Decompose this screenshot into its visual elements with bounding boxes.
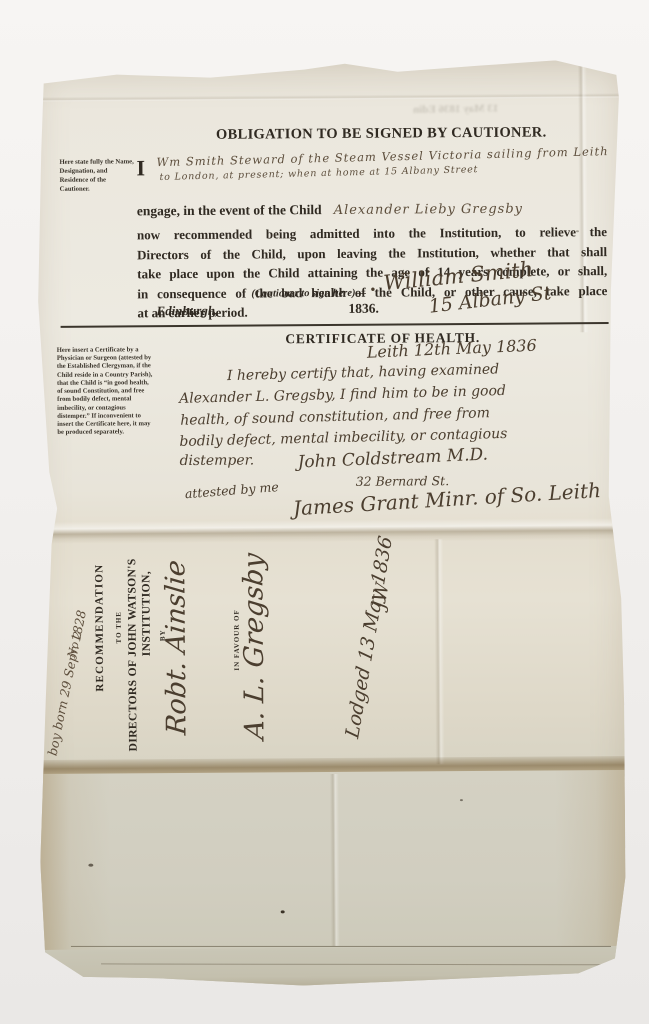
docket-to-the: TO THE — [115, 611, 123, 643]
section-divider-rule — [61, 322, 609, 328]
certificate-body-line: I hereby certify that, having examined — [227, 361, 500, 384]
certificate-body-line: Alexander L. Gregsby, I find him to be i… — [179, 383, 506, 407]
sheet-edge-line — [71, 946, 611, 947]
docket-recommendation: RECOMMENDATION — [93, 564, 106, 692]
sign-here-label: (Cautioner to sign here)— — [251, 288, 366, 300]
docket-directors: DIRECTORS OF JOHN WATSON'S — [126, 558, 139, 751]
place-label: Edinburgh, — [156, 303, 218, 319]
certificate-body-line: distemper. — [179, 453, 254, 470]
physician-address: 32 Bernard St. — [356, 473, 450, 489]
lodged-annotation: Lodged 13 May 1836 — [341, 534, 396, 741]
signature-ink-dot: • — [369, 283, 376, 297]
paper-crease-horizontal — [35, 93, 620, 102]
ink-fleck — [460, 799, 463, 801]
fold-crease-upper — [38, 518, 623, 544]
year-label: 1836. — [348, 301, 378, 317]
lead-initial: I — [136, 155, 145, 181]
docket-child-name: A. L. Gregsby — [238, 552, 270, 741]
document-paper: 13 May 1836 Edin OBLIGATION TO BE SIGNED… — [35, 60, 626, 992]
certificate-margin-note: Here insert a Certificate by a Physician… — [57, 346, 156, 437]
birthdate-annotation: boy born 29 Sepr. 1828 — [45, 609, 90, 757]
paper-crease-vertical-blank — [330, 774, 340, 946]
paper-bottom-tail — [43, 946, 621, 990]
ink-fleck — [88, 864, 93, 867]
obligation-margin-note: Here state fully the Name, Designation, … — [59, 158, 137, 194]
ink-fleck — [576, 230, 579, 232]
child-name-handwritten: Alexander Lieby Gregsby — [334, 202, 523, 218]
attested-label: attested by me — [184, 479, 279, 501]
physician-signature: John Coldstream M.D. — [297, 445, 488, 473]
recommender-signature: Robt. Ainslie — [160, 559, 192, 737]
engage-line: engage, in the event of the Child — [137, 202, 322, 218]
obligation-body-line: take place upon the Child attaining the … — [137, 261, 607, 284]
clerk-monogram: JW — [369, 581, 394, 610]
cautioner-description-line1: Wm Smith Steward of the Steam Vessel Vic… — [156, 144, 608, 169]
obligation-title: OBLIGATION TO BE SIGNED BY CAUTIONER. — [131, 124, 631, 144]
bleed-through-text: 13 May 1836 Edin — [413, 102, 498, 115]
docket-institution: INSTITUTION, — [140, 571, 153, 657]
photograph-of-document: 13 May 1836 Edin OBLIGATION TO BE SIGNED… — [0, 0, 649, 1024]
certificate-body-line: health, of sound constitution, and free … — [180, 405, 490, 429]
paper-crease-vertical-docket — [434, 539, 445, 764]
ink-fleck — [281, 910, 285, 913]
obligation-body-line: now recommended being admitted into the … — [137, 222, 607, 245]
